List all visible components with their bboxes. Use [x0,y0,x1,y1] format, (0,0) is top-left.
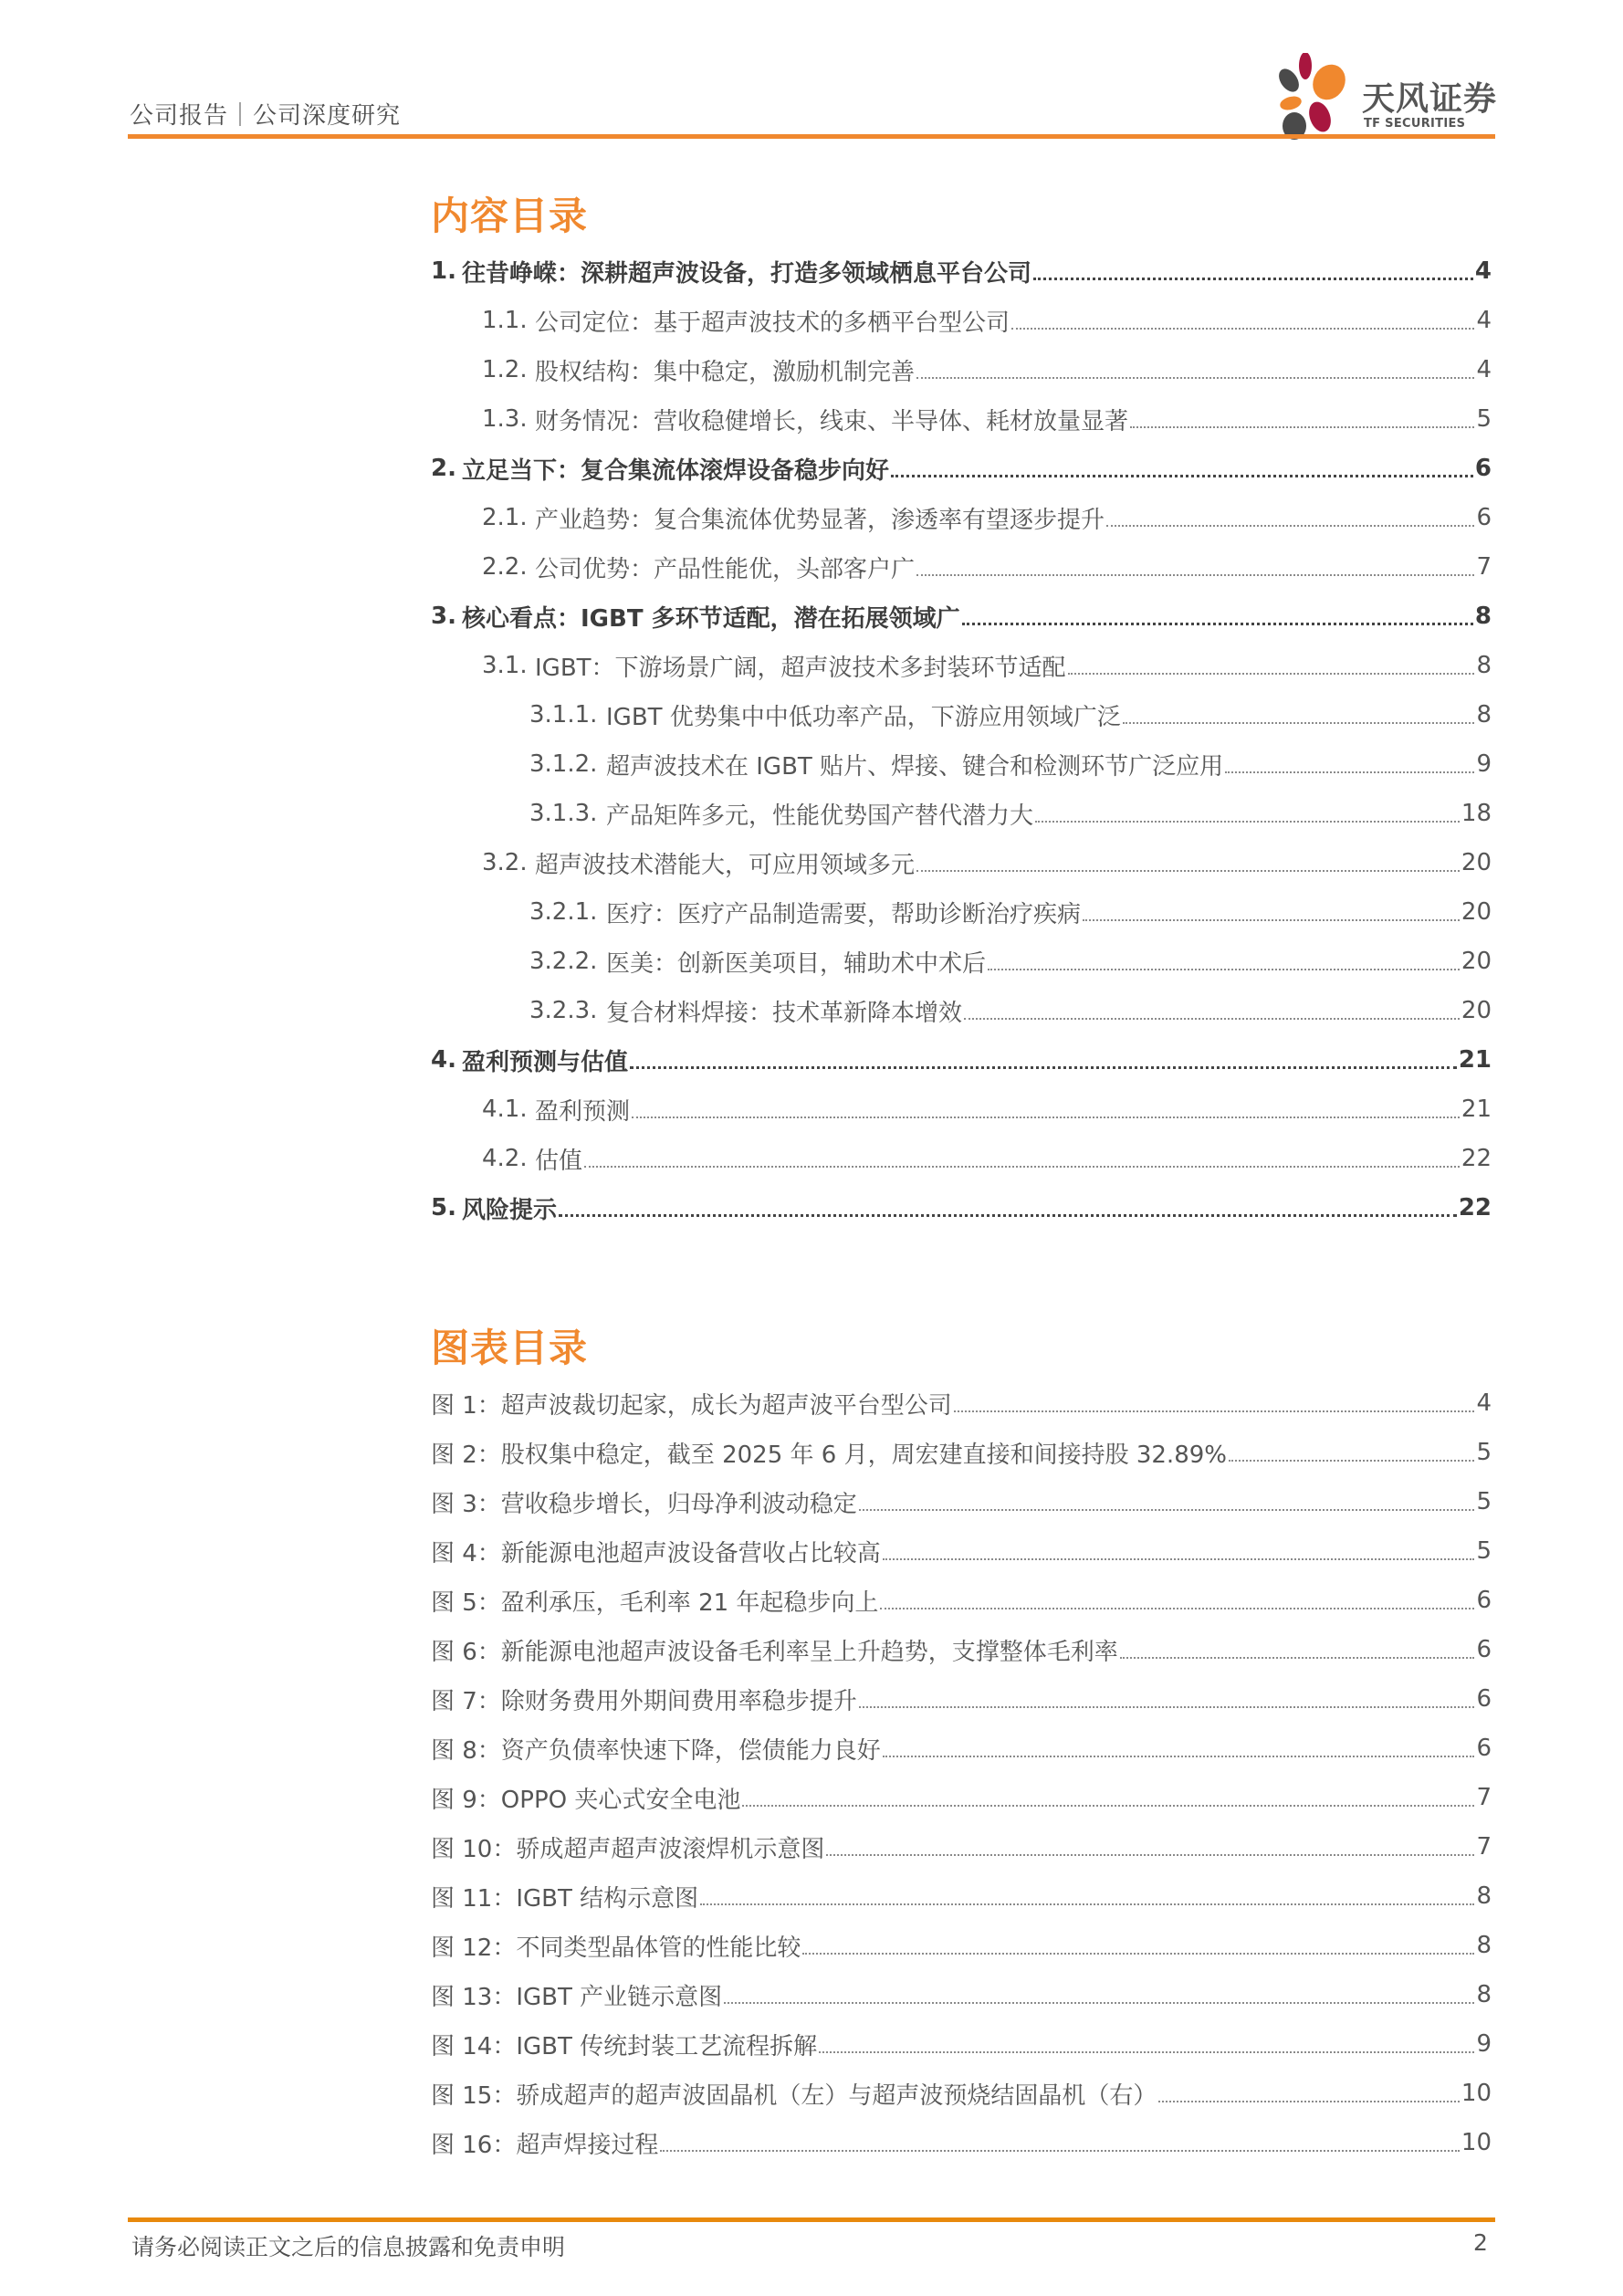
figure-entry-page[interactable]: 10 [1461,2129,1492,2156]
toc-entry-page[interactable]: 8 [1475,603,1492,630]
toc-entry-number: 1.1. [482,307,535,334]
figure-entry[interactable]: 图 4：新能源电池超声波设备营收占比较高5 [431,1526,1492,1576]
figure-entry-page[interactable]: 8 [1476,1882,1492,1910]
figures-title: 图表目录 [431,1318,588,1373]
toc-entry[interactable]: 5.风险提示22 [431,1183,1492,1232]
toc-entry-page[interactable]: 22 [1459,1194,1492,1221]
figure-entry[interactable]: 图 3：营收稳步增长，归母净利波动稳定5 [431,1477,1492,1526]
toc-entry[interactable]: 1.2.股权结构：集中稳定，激励机制完善4 [431,345,1492,394]
dot-leader [584,1166,1460,1168]
figure-entry-title[interactable]: 图 11：IGBT 结构示意图 [431,1880,698,1913]
figure-entry-page[interactable]: 6 [1476,1587,1492,1614]
toc-entry-page[interactable]: 8 [1476,652,1492,679]
figure-entry[interactable]: 图 8：资产负债率快速下降，偿债能力良好6 [431,1724,1492,1773]
dot-leader [724,2002,1474,2004]
toc-entry-title[interactable]: 超声波技术潜能大，可应用领域多元 [535,846,915,880]
toc-entry-number: 3.2.1. [529,898,606,926]
toc-entry-page[interactable]: 21 [1459,1046,1492,1074]
toc-entry-number: 2.2. [482,553,535,581]
dot-leader [880,1608,1474,1609]
toc-entry-page[interactable]: 6 [1475,455,1492,482]
toc-entry-page[interactable]: 7 [1476,553,1492,581]
toc-entry-page[interactable]: 4 [1476,307,1492,334]
header-divider [128,134,1495,139]
dot-leader [1120,1657,1475,1659]
figure-entry-page[interactable]: 7 [1476,1784,1492,1811]
toc-entry-number: 3.2. [482,849,535,876]
toc-entry-page[interactable]: 20 [1461,849,1492,876]
toc-entry-title[interactable]: 核心看点：IGBT 多环节适配，潜在拓展领域广 [462,600,960,634]
dot-leader [883,1558,1475,1560]
footer-divider [128,2217,1495,2222]
dot-leader [1123,722,1475,724]
toc-entry-page[interactable]: 18 [1461,800,1492,827]
dot-leader [1229,1460,1474,1462]
toc-entry-page[interactable]: 20 [1461,997,1492,1024]
toc-entry[interactable]: 3.2.2.医美：创新医美项目，辅助术中术后20 [431,937,1492,986]
toc-entry-number: 3.1.2. [529,750,606,778]
figure-entry-page[interactable]: 6 [1476,1685,1492,1713]
dot-leader [891,475,1473,477]
figure-entry-page[interactable]: 8 [1476,1981,1492,2008]
toc-entry-number: 2.1. [482,504,535,531]
dot-leader [916,377,1474,379]
toc-entry-title[interactable]: 复合材料焊接：技术革新降本增效 [606,994,962,1028]
toc-entry-number: 1.3. [482,405,535,433]
toc-entry-page[interactable]: 4 [1475,257,1492,285]
dot-leader [1225,771,1474,773]
toc-entry-number: 3.2.3. [529,997,606,1024]
figure-entry-title[interactable]: 图 15：骄成超声的超声波固晶机（左）与超声波预烧结固晶机（右） [431,2077,1157,2111]
figure-entry[interactable]: 图 7：除财务费用外期间费用率稳步提升6 [431,1674,1492,1724]
figure-entry-title[interactable]: 图 2：股权集中稳定，截至 2025 年 6 月，周宏建直接和间接持股 32.8… [431,1436,1227,1470]
figure-entry-title[interactable]: 图 12：不同类型晶体管的性能比较 [431,1929,801,1963]
dot-leader [916,870,1460,872]
toc-entry[interactable]: 1.1.公司定位：基于超声波技术的多栖平台型公司4 [431,296,1492,345]
figure-entry[interactable]: 图 6：新能源电池超声波设备毛利率呈上升趋势，支撑整体毛利率6 [431,1625,1492,1674]
toc-entry-title[interactable]: 盈利预测与估值 [462,1043,628,1077]
dot-leader [1033,278,1473,280]
toc-entry-page[interactable]: 9 [1476,750,1492,778]
figure-entry[interactable]: 图 11：IGBT 结构示意图8 [431,1871,1492,1921]
figures-list: 图 1：超声波裁切起家，成长为超声波平台型公司4图 2：股权集中稳定，截至 20… [431,1379,1492,2167]
dot-leader [819,2051,1474,2053]
figure-entry[interactable]: 图 9：OPPO 夹心式安全电池7 [431,1773,1492,1822]
dot-leader [1083,919,1460,921]
toc-entry[interactable]: 4.盈利预测与估值21 [431,1035,1492,1085]
figure-entry-title[interactable]: 图 14：IGBT 传统封装工艺流程拆解 [431,2028,817,2061]
toc-entry-title[interactable]: 立足当下：复合集流体滚焊设备稳步向好 [462,452,889,486]
figure-entry[interactable]: 图 14：IGBT 传统封装工艺流程拆解9 [431,2019,1492,2069]
figure-entry[interactable]: 图 5：盈利承压，毛利率 21 年起稳步向上6 [431,1576,1492,1625]
figure-entry[interactable]: 图 15：骄成超声的超声波固晶机（左）与超声波预烧结固晶机（右）10 [431,2069,1492,2118]
toc-entry[interactable]: 3.核心看点：IGBT 多环节适配，潜在拓展领域广8 [431,592,1492,641]
toc-entry-title[interactable]: IGBT 优势集中中低功率产品，下游应用领域广泛 [606,698,1121,732]
toc-entry-page[interactable]: 20 [1461,898,1492,926]
disclaimer-text: 请务必阅读正文之后的信息披露和免责申明 [131,2229,565,2262]
dot-leader [859,1509,1475,1511]
page-number: 2 [1473,2229,1488,2256]
figure-entry-title[interactable]: 图 9：OPPO 夹心式安全电池 [431,1781,740,1815]
figure-entry-page[interactable]: 4 [1476,1389,1492,1417]
toc-entry-number: 4.1. [482,1096,535,1123]
toc-entry-title[interactable]: 财务情况：营收稳健增长，线束、半导体、耗材放量显著 [535,403,1128,436]
toc-entry-page[interactable]: 4 [1476,356,1492,383]
toc-entry-title[interactable]: 产品矩阵多元，性能优势国产替代潜力大 [606,797,1033,831]
figure-entry-page[interactable]: 6 [1476,1735,1492,1762]
toc-entry[interactable]: 3.2.1.医疗：医疗产品制造需要，帮助诊断治疗疾病20 [431,887,1492,937]
toc-entry[interactable]: 3.2.3.复合材料焊接：技术革新降本增效20 [431,986,1492,1035]
figure-entry-title[interactable]: 图 16：超声焊接过程 [431,2126,658,2160]
figure-entry-title[interactable]: 图 1：超声波裁切起家，成长为超声波平台型公司 [431,1387,952,1421]
figure-entry-title[interactable]: 图 8：资产负债率快速下降，偿债能力良好 [431,1732,881,1766]
flower-logo-icon [1276,53,1358,140]
brand-subtitle: TF SECURITIES [1364,117,1465,131]
toc-entry[interactable]: 3.2.超声波技术潜能大，可应用领域多元20 [431,838,1492,887]
toc-entry-page[interactable]: 20 [1461,948,1492,975]
toc-entry-title[interactable]: 风险提示 [462,1191,557,1225]
toc-entry-title[interactable]: 盈利预测 [535,1093,630,1127]
dot-leader [802,1953,1474,1955]
figure-entry[interactable]: 图 16：超声焊接过程10 [431,2118,1492,2167]
figure-entry-title[interactable]: 图 5：盈利承压，毛利率 21 年起稳步向上 [431,1584,878,1618]
figure-entry[interactable]: 图 10：骄成超声超声波滚焊机示意图7 [431,1822,1492,1871]
toc-entry-page[interactable]: 8 [1476,701,1492,729]
toc-entry[interactable]: 1.往昔峥嵘：深耕超声波设备，打造多领域栖息平台公司4 [431,246,1492,296]
figure-entry-page[interactable]: 6 [1476,1636,1492,1663]
toc-entry-title[interactable]: 往昔峥嵘：深耕超声波设备，打造多领域栖息平台公司 [462,255,1031,288]
toc-entry[interactable]: 2.1.产业趋势：复合集流体优势显著，渗透率有望逐步提升6 [431,493,1492,542]
figure-entry-title[interactable]: 图 7：除财务费用外期间费用率稳步提升 [431,1683,857,1716]
toc-entry-number: 4.2. [482,1145,535,1172]
figure-entry[interactable]: 图 12：不同类型晶体管的性能比较8 [431,1921,1492,1970]
toc-entry[interactable]: 1.3.财务情况：营收稳健增长，线束、半导体、耗材放量显著5 [431,394,1492,444]
toc-entry-page[interactable]: 21 [1461,1096,1492,1123]
toc-entry[interactable]: 2.2.公司优势：产品性能优，头部客户广7 [431,542,1492,592]
dot-leader [954,1410,1475,1412]
toc-entry-title[interactable]: IGBT：下游场景广阔，超声波技术多封装环节适配 [535,649,1066,683]
figure-entry-page[interactable]: 5 [1476,1439,1492,1466]
dot-leader [1158,2101,1460,2102]
toc-entry[interactable]: 3.1.3.产品矩阵多元，性能优势国产替代潜力大18 [431,789,1492,838]
dot-leader [883,1756,1475,1757]
toc-entry[interactable]: 3.1.IGBT：下游场景广阔，超声波技术多封装环节适配8 [431,641,1492,690]
dot-leader [826,1854,1474,1856]
toc-title: 内容目录 [431,186,588,241]
toc-entry-page[interactable]: 22 [1461,1145,1492,1172]
toc-entry-page[interactable]: 5 [1476,405,1492,433]
toc-entry-page[interactable]: 6 [1476,504,1492,531]
toc-entry-title[interactable]: 产业趋势：复合集流体优势显著，渗透率有望逐步提升 [535,501,1105,535]
dot-leader [1035,821,1460,823]
toc-entry[interactable]: 3.1.2.超声波技术在 IGBT 贴片、焊接、键合和检测环节广泛应用9 [431,739,1492,789]
dot-leader [1068,673,1475,675]
toc-entry-number: 3.1. [482,652,535,679]
toc-entry-number: 1.2. [482,356,535,383]
toc-entry-title[interactable]: 公司定位：基于超声波技术的多栖平台型公司 [535,304,1010,338]
dot-leader [916,574,1474,576]
dot-leader [1130,426,1474,428]
figure-entry-page[interactable]: 5 [1476,1488,1492,1515]
dot-leader [988,969,1460,970]
figure-entry[interactable]: 图 2：股权集中稳定，截至 2025 年 6 月，周宏建直接和间接持股 32.8… [431,1428,1492,1477]
toc-entry-number: 4. [431,1046,462,1074]
dot-leader [632,1117,1460,1118]
dot-leader [630,1066,1457,1069]
dot-leader [742,1805,1474,1807]
dot-leader [700,1903,1474,1905]
toc-entry-title[interactable]: 医疗：医疗产品制造需要，帮助诊断治疗疾病 [606,896,1081,929]
brand-name: 天风证券 [1362,73,1497,120]
figure-entry[interactable]: 图 13：IGBT 产业链示意图8 [431,1970,1492,2019]
toc-entry-number: 1. [431,257,462,285]
toc-entry-number: 3.1.3. [529,800,606,827]
toc-entry-title[interactable]: 估值 [535,1142,582,1176]
figure-entry-page[interactable]: 9 [1476,2030,1492,2058]
toc-entry[interactable]: 3.1.1.IGBT 优势集中中低功率产品，下游应用领域广泛8 [431,690,1492,739]
toc-entry-number: 5. [431,1194,462,1221]
dot-leader [660,2150,1460,2152]
figure-entry-page[interactable]: 5 [1476,1537,1492,1565]
dot-leader [1106,525,1474,527]
toc-entry-title[interactable]: 公司优势：产品性能优，头部客户广 [535,550,915,584]
dot-leader [859,1706,1475,1708]
figure-entry-page[interactable]: 8 [1476,1932,1492,1959]
toc-entry-number: 3. [431,603,462,630]
figure-entry-page[interactable]: 10 [1461,2080,1492,2107]
figure-entry-title[interactable]: 图 4：新能源电池超声波设备营收占比较高 [431,1535,881,1568]
toc-entry[interactable]: 4.1.盈利预测21 [431,1085,1492,1134]
toc-entry-number: 2. [431,455,462,482]
dot-leader [964,1018,1460,1020]
toc-entry-title[interactable]: 超声波技术在 IGBT 贴片、焊接、键合和检测环节广泛应用 [606,748,1223,781]
dot-leader [962,623,1473,625]
dot-leader [559,1214,1457,1217]
figure-entry-title[interactable]: 图 3：营收稳步增长，归母净利波动稳定 [431,1485,857,1519]
figure-entry[interactable]: 图 1：超声波裁切起家，成长为超声波平台型公司4 [431,1379,1492,1428]
figure-entry-title[interactable]: 图 13：IGBT 产业链示意图 [431,1978,722,2012]
toc-entry-number: 3.1.1. [529,701,606,729]
toc-entry-title[interactable]: 医美：创新医美项目，辅助术中术后 [606,945,986,979]
toc-list: 1.往昔峥嵘：深耕超声波设备，打造多领域栖息平台公司41.1.公司定位：基于超声… [431,246,1492,1232]
toc-entry[interactable]: 4.2.估值22 [431,1134,1492,1183]
toc-entry[interactable]: 2.立足当下：复合集流体滚焊设备稳步向好6 [431,444,1492,493]
figure-entry-title[interactable]: 图 6：新能源电池超声波设备毛利率呈上升趋势，支撑整体毛利率 [431,1633,1118,1667]
dot-leader [1011,328,1474,330]
brand-logo: 天风证券 TF SECURITIES [1276,53,1504,140]
report-type-label: 公司报告｜公司深度研究 [130,97,401,131]
figure-entry-page[interactable]: 7 [1476,1833,1492,1861]
toc-entry-number: 3.2.2. [529,948,606,975]
figure-entry-title[interactable]: 图 10：骄成超声超声波滚焊机示意图 [431,1830,824,1864]
toc-entry-title[interactable]: 股权结构：集中稳定，激励机制完善 [535,353,915,387]
